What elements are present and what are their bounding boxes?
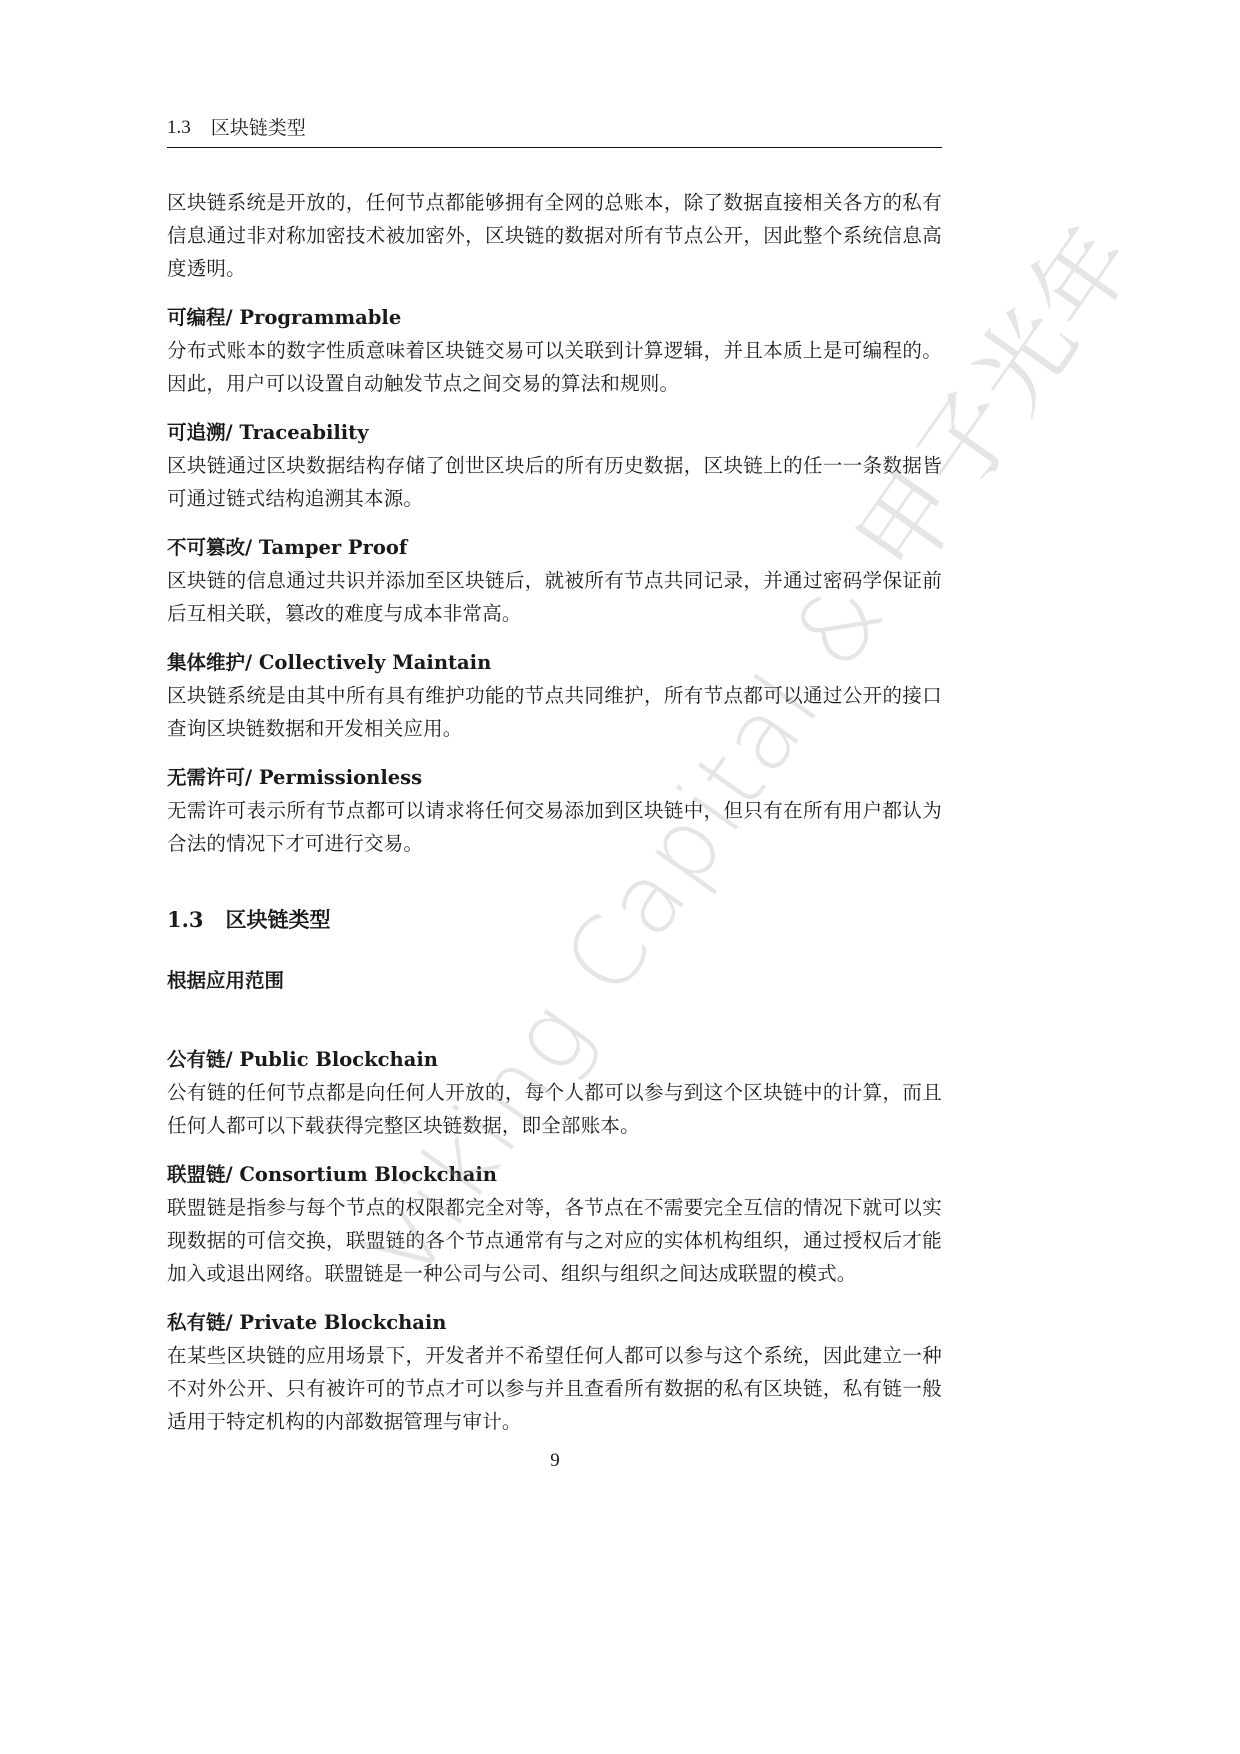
feature-title-cn: 集体维护/ [167, 651, 252, 674]
type-title-cn: 私有链/ [167, 1311, 233, 1334]
feature-title: 集体维护/ Collectively Maintain [167, 647, 942, 679]
feature-permissionless: 无需许可/ Permissionless 无需许可表示所有节点都可以请求将任何交… [167, 762, 942, 860]
feature-body: 无需许可表示所有节点都可以请求将任何交易添加到区块链中，但只有在所有用户都认为合… [167, 794, 942, 860]
feature-title-en: Programmable [233, 306, 402, 329]
feature-collectively-maintain: 集体维护/ Collectively Maintain 区块链系统是由其中所有具… [167, 647, 942, 745]
subheading-by-application-scope: 根据应用范围 [167, 965, 942, 997]
section-heading: 1.3 区块链类型 [167, 904, 942, 936]
feature-title-cn: 不可篡改/ [167, 536, 252, 559]
type-title-cn: 公有链/ [167, 1048, 233, 1071]
type-title-en: Consortium Blockchain [233, 1163, 497, 1186]
type-title: 联盟链/ Consortium Blockchain [167, 1159, 942, 1191]
page-content: 区块链系统是开放的，任何节点都能够拥有全网的总账本，除了数据直接相关各方的私有信… [167, 186, 942, 1438]
feature-title: 可追溯/ Traceability [167, 417, 942, 449]
type-public-blockchain: 公有链/ Public Blockchain 公有链的任何节点都是向任何人开放的… [167, 1044, 942, 1142]
page-number: 9 [0, 1450, 1110, 1472]
type-body: 公有链的任何节点都是向任何人开放的，每个人都可以参与到这个区块链中的计算，而且任… [167, 1076, 942, 1142]
header-section-title: 区块链类型 [211, 117, 306, 139]
feature-body: 区块链的信息通过共识并添加至区块链后，就被所有节点共同记录，并通过密码学保证前后… [167, 564, 942, 630]
type-consortium-blockchain: 联盟链/ Consortium Blockchain 联盟链是指参与每个节点的权… [167, 1159, 942, 1290]
type-body: 联盟链是指参与每个节点的权限都完全对等，各节点在不需要完全互信的情况下就可以实现… [167, 1191, 942, 1290]
type-title: 私有链/ Private Blockchain [167, 1307, 942, 1339]
feature-title: 无需许可/ Permissionless [167, 762, 942, 794]
document-page: 1.3 区块链类型 区块链系统是开放的，任何节点都能够拥有全网的总账本，除了数据… [0, 0, 1240, 1754]
type-private-blockchain: 私有链/ Private Blockchain 在某些区块链的应用场景下，开发者… [167, 1307, 942, 1438]
feature-body: 分布式账本的数字性质意味着区块链交易可以关联到计算逻辑，并且本质上是可编程的。因… [167, 334, 942, 400]
feature-tamper-proof: 不可篡改/ Tamper Proof 区块链的信息通过共识并添加至区块链后，就被… [167, 532, 942, 630]
section-number: 1.3 [167, 904, 204, 936]
feature-title-cn: 可追溯/ [167, 421, 233, 444]
type-body: 在某些区块链的应用场景下，开发者并不希望任何人都可以参与这个系统，因此建立一种不… [167, 1339, 942, 1438]
feature-title: 可编程/ Programmable [167, 302, 942, 334]
running-header: 1.3 区块链类型 [167, 117, 942, 148]
feature-traceability: 可追溯/ Traceability 区块链通过区块数据结构存储了创世区块后的所有… [167, 417, 942, 515]
feature-programmable: 可编程/ Programmable 分布式账本的数字性质意味着区块链交易可以关联… [167, 302, 942, 400]
feature-title-en: Traceability [233, 421, 369, 444]
feature-body: 区块链系统是由其中所有具有维护功能的节点共同维护，所有节点都可以通过公开的接口查… [167, 679, 942, 745]
feature-title-cn: 可编程/ [167, 306, 233, 329]
feature-title-en: Collectively Maintain [252, 651, 491, 674]
spacer [167, 997, 942, 1027]
feature-title-en: Tamper Proof [252, 536, 407, 559]
type-title-en: Public Blockchain [233, 1048, 438, 1071]
type-title-cn: 联盟链/ [167, 1163, 233, 1186]
intro-paragraph: 区块链系统是开放的，任何节点都能够拥有全网的总账本，除了数据直接相关各方的私有信… [167, 186, 942, 285]
type-title: 公有链/ Public Blockchain [167, 1044, 942, 1076]
feature-title-en: Permissionless [252, 766, 422, 789]
type-title-en: Private Blockchain [233, 1311, 447, 1334]
feature-title-cn: 无需许可/ [167, 766, 252, 789]
header-section-number: 1.3 [167, 117, 191, 139]
section-title: 区块链类型 [226, 904, 331, 936]
feature-title: 不可篡改/ Tamper Proof [167, 532, 942, 564]
feature-body: 区块链通过区块数据结构存储了创世区块后的所有历史数据，区块链上的任一一条数据皆可… [167, 449, 942, 515]
